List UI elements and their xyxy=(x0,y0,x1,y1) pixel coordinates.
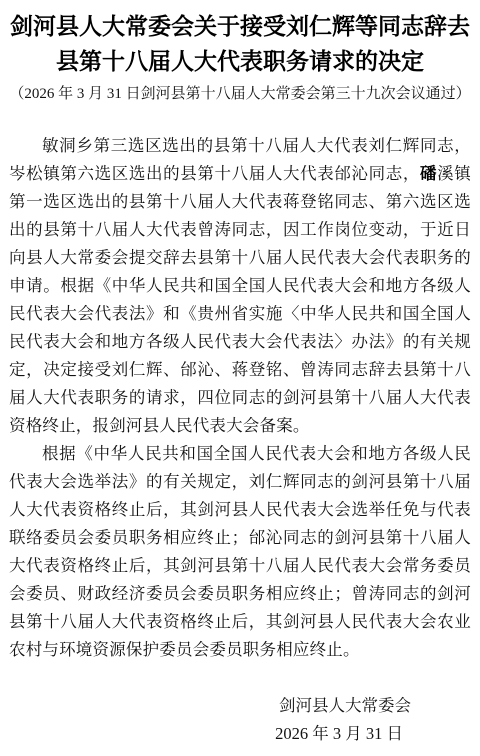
paragraph-1-text-before: 敏洞乡第三选区选出的县第十八届人大代表刘仁辉同志，岑松镇第六选区选出的县第十八届… xyxy=(9,136,471,183)
rare-character-pan: 磻 xyxy=(420,164,437,183)
paragraph-2: 根据《中华人民共和国全国人民代表大会和地方各级人民代表大会选举法》的有关规定，刘… xyxy=(9,440,471,664)
title-line-2: 县第十八届人大代表职务请求的决定 xyxy=(9,44,471,79)
paragraph-1-text-after: 溪镇第一选区选出的县第十八届人大代表蒋登铭同志、第六选区选出的县第十八届人大代表… xyxy=(9,164,471,435)
document-subtitle: （2026 年 3 月 31 日剑河县第十八届人大常委会第三十九次会议通过） xyxy=(9,83,471,105)
document-title: 剑河县人大常委会关于接受刘仁辉等同志辞去 县第十八届人大代表职务请求的决定 xyxy=(9,9,471,79)
signature-block: 剑河县人大常委会 2026 年 3 月 31 日 xyxy=(9,692,471,748)
document-body: 敏洞乡第三选区选出的县第十八届人大代表刘仁辉同志，岑松镇第六选区选出的县第十八届… xyxy=(9,132,471,664)
signature-org: 剑河县人大常委会 xyxy=(9,692,471,720)
paragraph-1: 敏洞乡第三选区选出的县第十八届人大代表刘仁辉同志，岑松镇第六选区选出的县第十八届… xyxy=(9,132,471,440)
title-line-1: 剑河县人大常委会关于接受刘仁辉等同志辞去 xyxy=(9,9,471,44)
signature-date: 2026 年 3 月 31 日 xyxy=(9,720,471,748)
document-page: 剑河县人大常委会关于接受刘仁辉等同志辞去 县第十八届人大代表职务请求的决定 （2… xyxy=(0,0,480,756)
